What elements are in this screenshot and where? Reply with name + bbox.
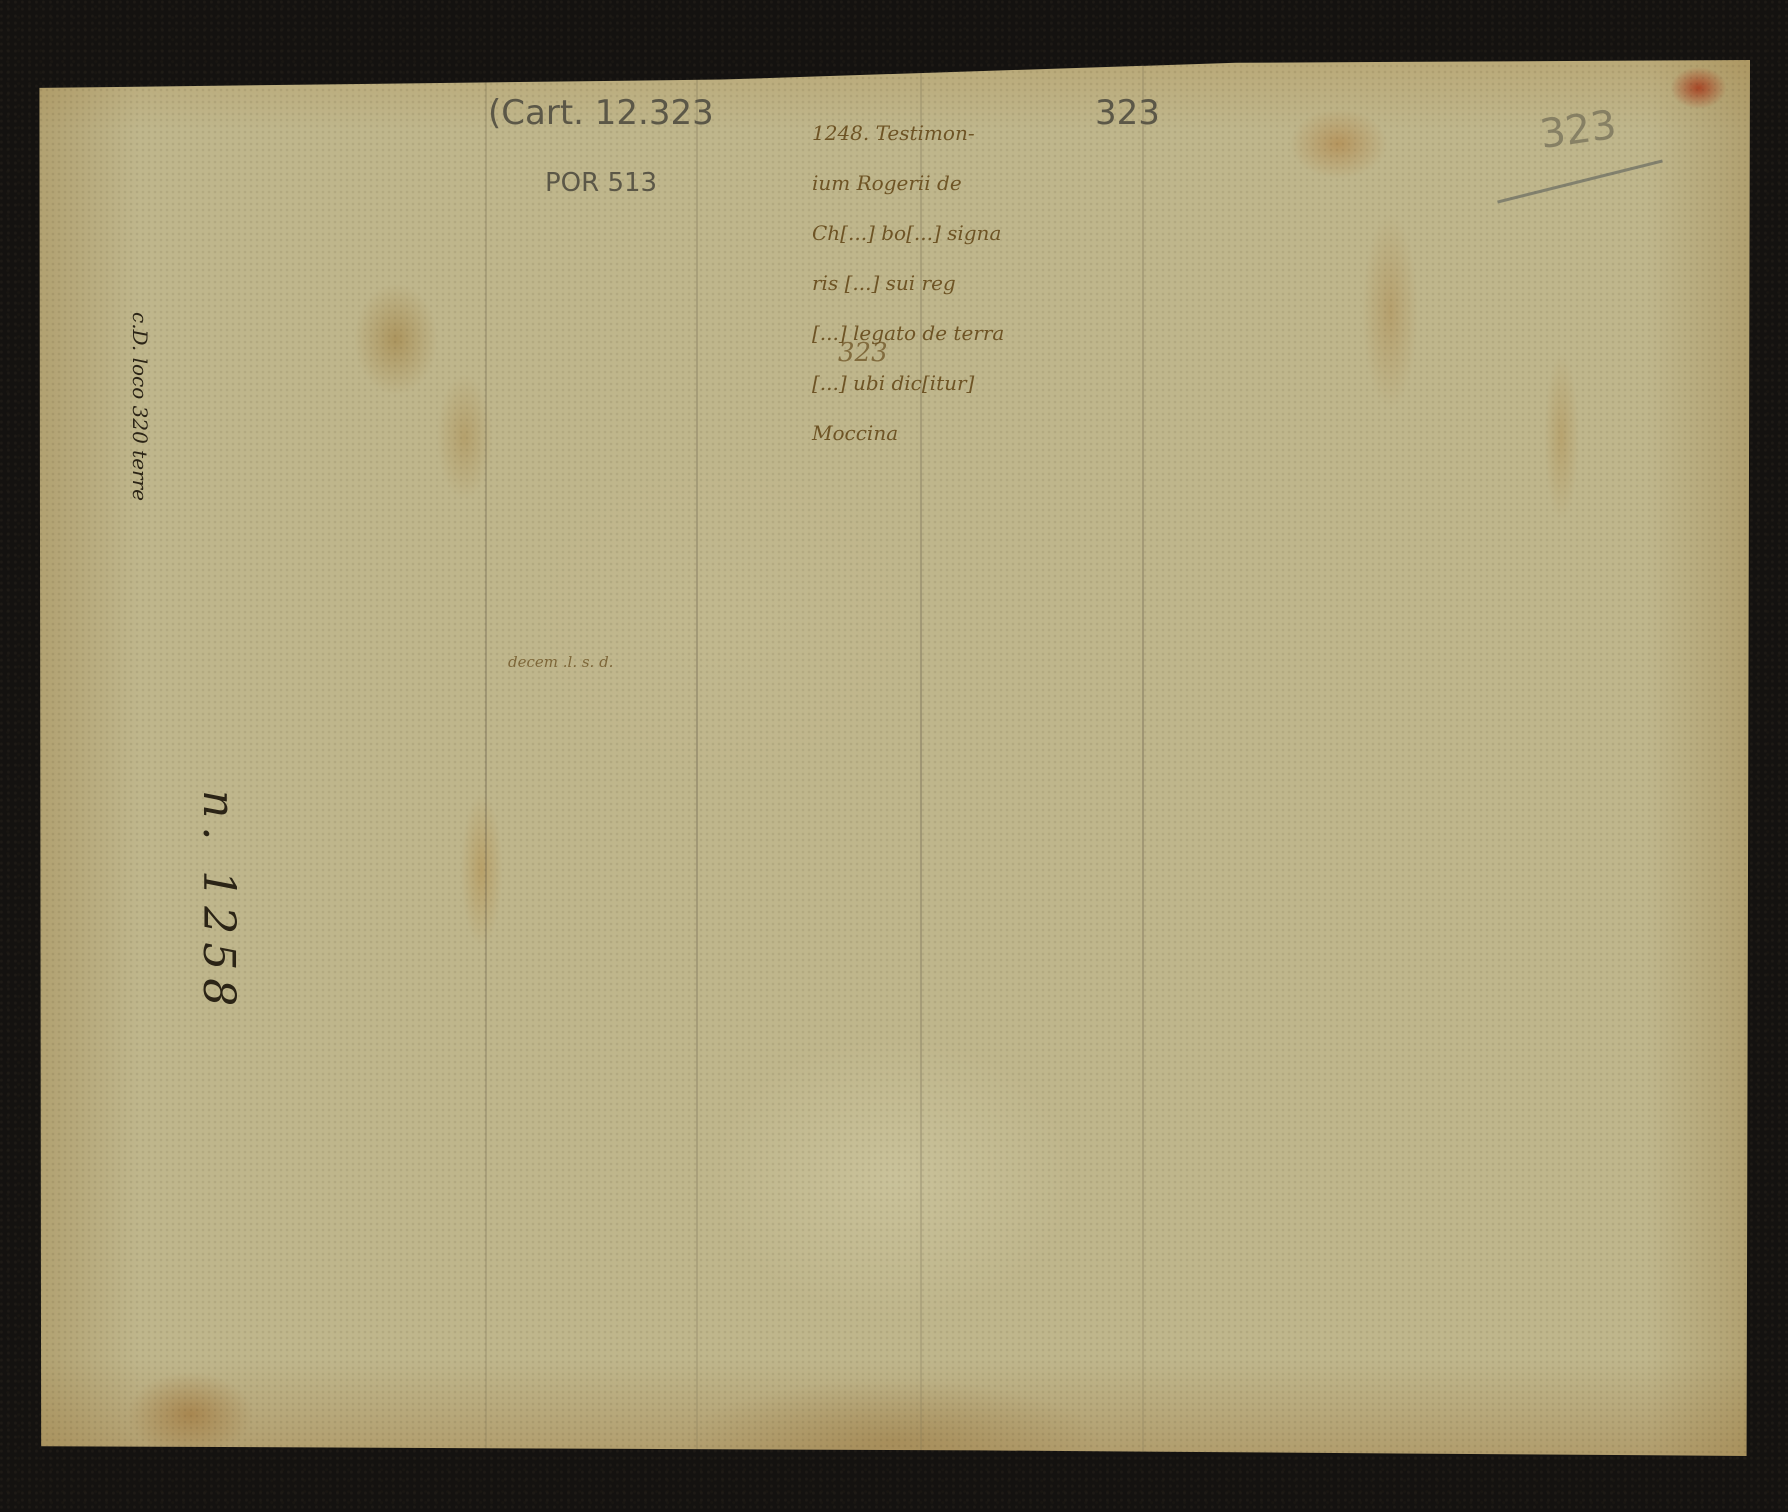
summary-line: ris [...] sui reg xyxy=(812,271,1032,296)
archival-summary: 1248. Testimon- ium Rogerii de Ch[...] b… xyxy=(812,96,1032,471)
summary-line: 1248. Testimon- xyxy=(812,121,1032,146)
vertical-note: c.D. loco 320 terre xyxy=(130,312,150,501)
faint-pencil-number: 323 xyxy=(1538,105,1619,155)
faint-note: decem .l. s. d. xyxy=(508,655,613,670)
summary-footer-number: 323 xyxy=(838,340,888,366)
summary-line: ium Rogerii de xyxy=(812,171,1032,196)
folio-number: 323 xyxy=(1095,96,1160,130)
por-number: POR 513 xyxy=(545,170,657,196)
summary-line: [...] ubi dic[itur] xyxy=(812,371,1032,396)
summary-line: Ch[...] bo[...] signa xyxy=(812,221,1032,246)
shelfmark-pencil: (Cart. 12.323 xyxy=(488,96,714,130)
summary-line: Moccina xyxy=(812,421,1032,446)
vertical-number: n. 1258 xyxy=(196,790,240,1014)
